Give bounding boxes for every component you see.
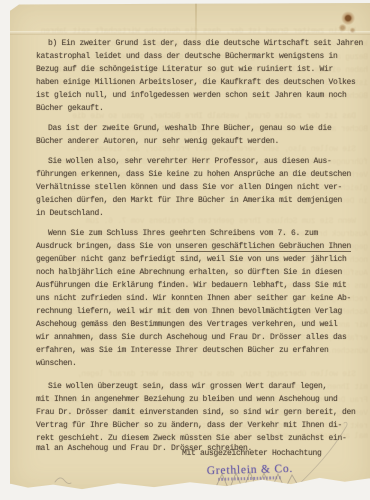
text-line: gegenüber nicht ganz befriedigt sind, we…	[36, 253, 368, 266]
text-line: gleichen dürfen, den Markt für Ihre Büch…	[36, 194, 368, 207]
company-stamp: Grethlein & Co.	[160, 462, 340, 483]
paragraph: Sie wollen also, sehr verehrter Herr Pro…	[36, 155, 368, 220]
text-line: Aschehoug gemäss den Bestimmungen des Ve…	[36, 318, 368, 331]
text-line: katastrophal leidet und dass der deutsch…	[36, 50, 368, 63]
text-line: b) Ein zweiter Grund ist der, dass die d…	[36, 37, 368, 50]
stamp-fine-print	[218, 476, 282, 481]
text-line: erfahren, was Sie im Interesse Ihrer deu…	[36, 344, 368, 357]
horizontal-fold-crease	[10, 31, 370, 35]
closing-block: Mit ausgezeichneter Hochachtung	[36, 442, 368, 460]
text-line: Bücher gekauft.	[36, 102, 368, 115]
text-line: führungen erkennen, dass Sie keine zu ho…	[36, 168, 368, 181]
text-line: Ausführungen die Erklärung finden. Wir b…	[36, 279, 368, 292]
text-line: wir annahmen, dass Sie durch Aschehoug u…	[36, 331, 368, 344]
text-line: Wenn Sie zum Schluss Ihres geehrten Schr…	[36, 227, 368, 240]
text-line: Frau Dr. Drösser damit einverstanden sin…	[36, 406, 368, 419]
text-line: Bezug auf die schöngeistige Literatur so…	[36, 63, 368, 76]
text-line: haben einige Millionen Arbeitsloser, die…	[36, 76, 368, 89]
paragraph: Wenn Sie zum Schluss Ihres geehrten Schr…	[36, 227, 368, 370]
rust-stain	[336, 11, 358, 35]
text-line: noch halbjährlich eine Abrechnung erhalt…	[36, 266, 368, 279]
text-line: Sie wollen also, sehr verehrter Herr Pro…	[36, 155, 368, 168]
company-stamp-name: Grethlein & Co.	[160, 462, 340, 479]
text-line: in Deutschland.	[36, 207, 368, 220]
text-line: Das ist der zweite Grund, weshalb Ihre B…	[36, 122, 368, 135]
text-line: Vertrag für Ihre Bücher so zu ändern, da…	[36, 419, 368, 432]
paragraph: b) Ein zweiter Grund ist der, dass die d…	[36, 37, 368, 115]
text-line: ist gleich null, und infolgedessen werde…	[36, 89, 368, 102]
letter-body: b) Ein zweiter Grund ist der, dass die d…	[36, 37, 368, 455]
text-line: wünschen.	[36, 357, 368, 370]
closing-salutation: Mit ausgezeichneter Hochachtung	[182, 447, 368, 460]
text-line: Verhältnisse stellen können und dass Sie…	[36, 181, 368, 194]
text-line: rechnung liefern, weil wir mit dem von I…	[36, 305, 368, 318]
paragraph: Das ist der zweite Grund, weshalb Ihre B…	[36, 122, 368, 148]
text-line: uns nicht zufrieden sind. Wir konnten Ih…	[36, 292, 368, 305]
text-line: Bücher anderer Autoren, nur sehr wenig g…	[36, 135, 368, 148]
text-line: mit Ihnen in angenehmer Beziehung zu ble…	[36, 393, 368, 406]
text-line: Sie wollen überzeugt sein, dass wir gros…	[36, 380, 368, 393]
scan-background: b) Ein zweiter Grund ist der, dass die d…	[0, 0, 370, 500]
letter-paper: b) Ein zweiter Grund ist der, dass die d…	[10, 3, 370, 492]
text-line: Ausdruck bringen, dass Sie von unseren g…	[36, 240, 368, 253]
